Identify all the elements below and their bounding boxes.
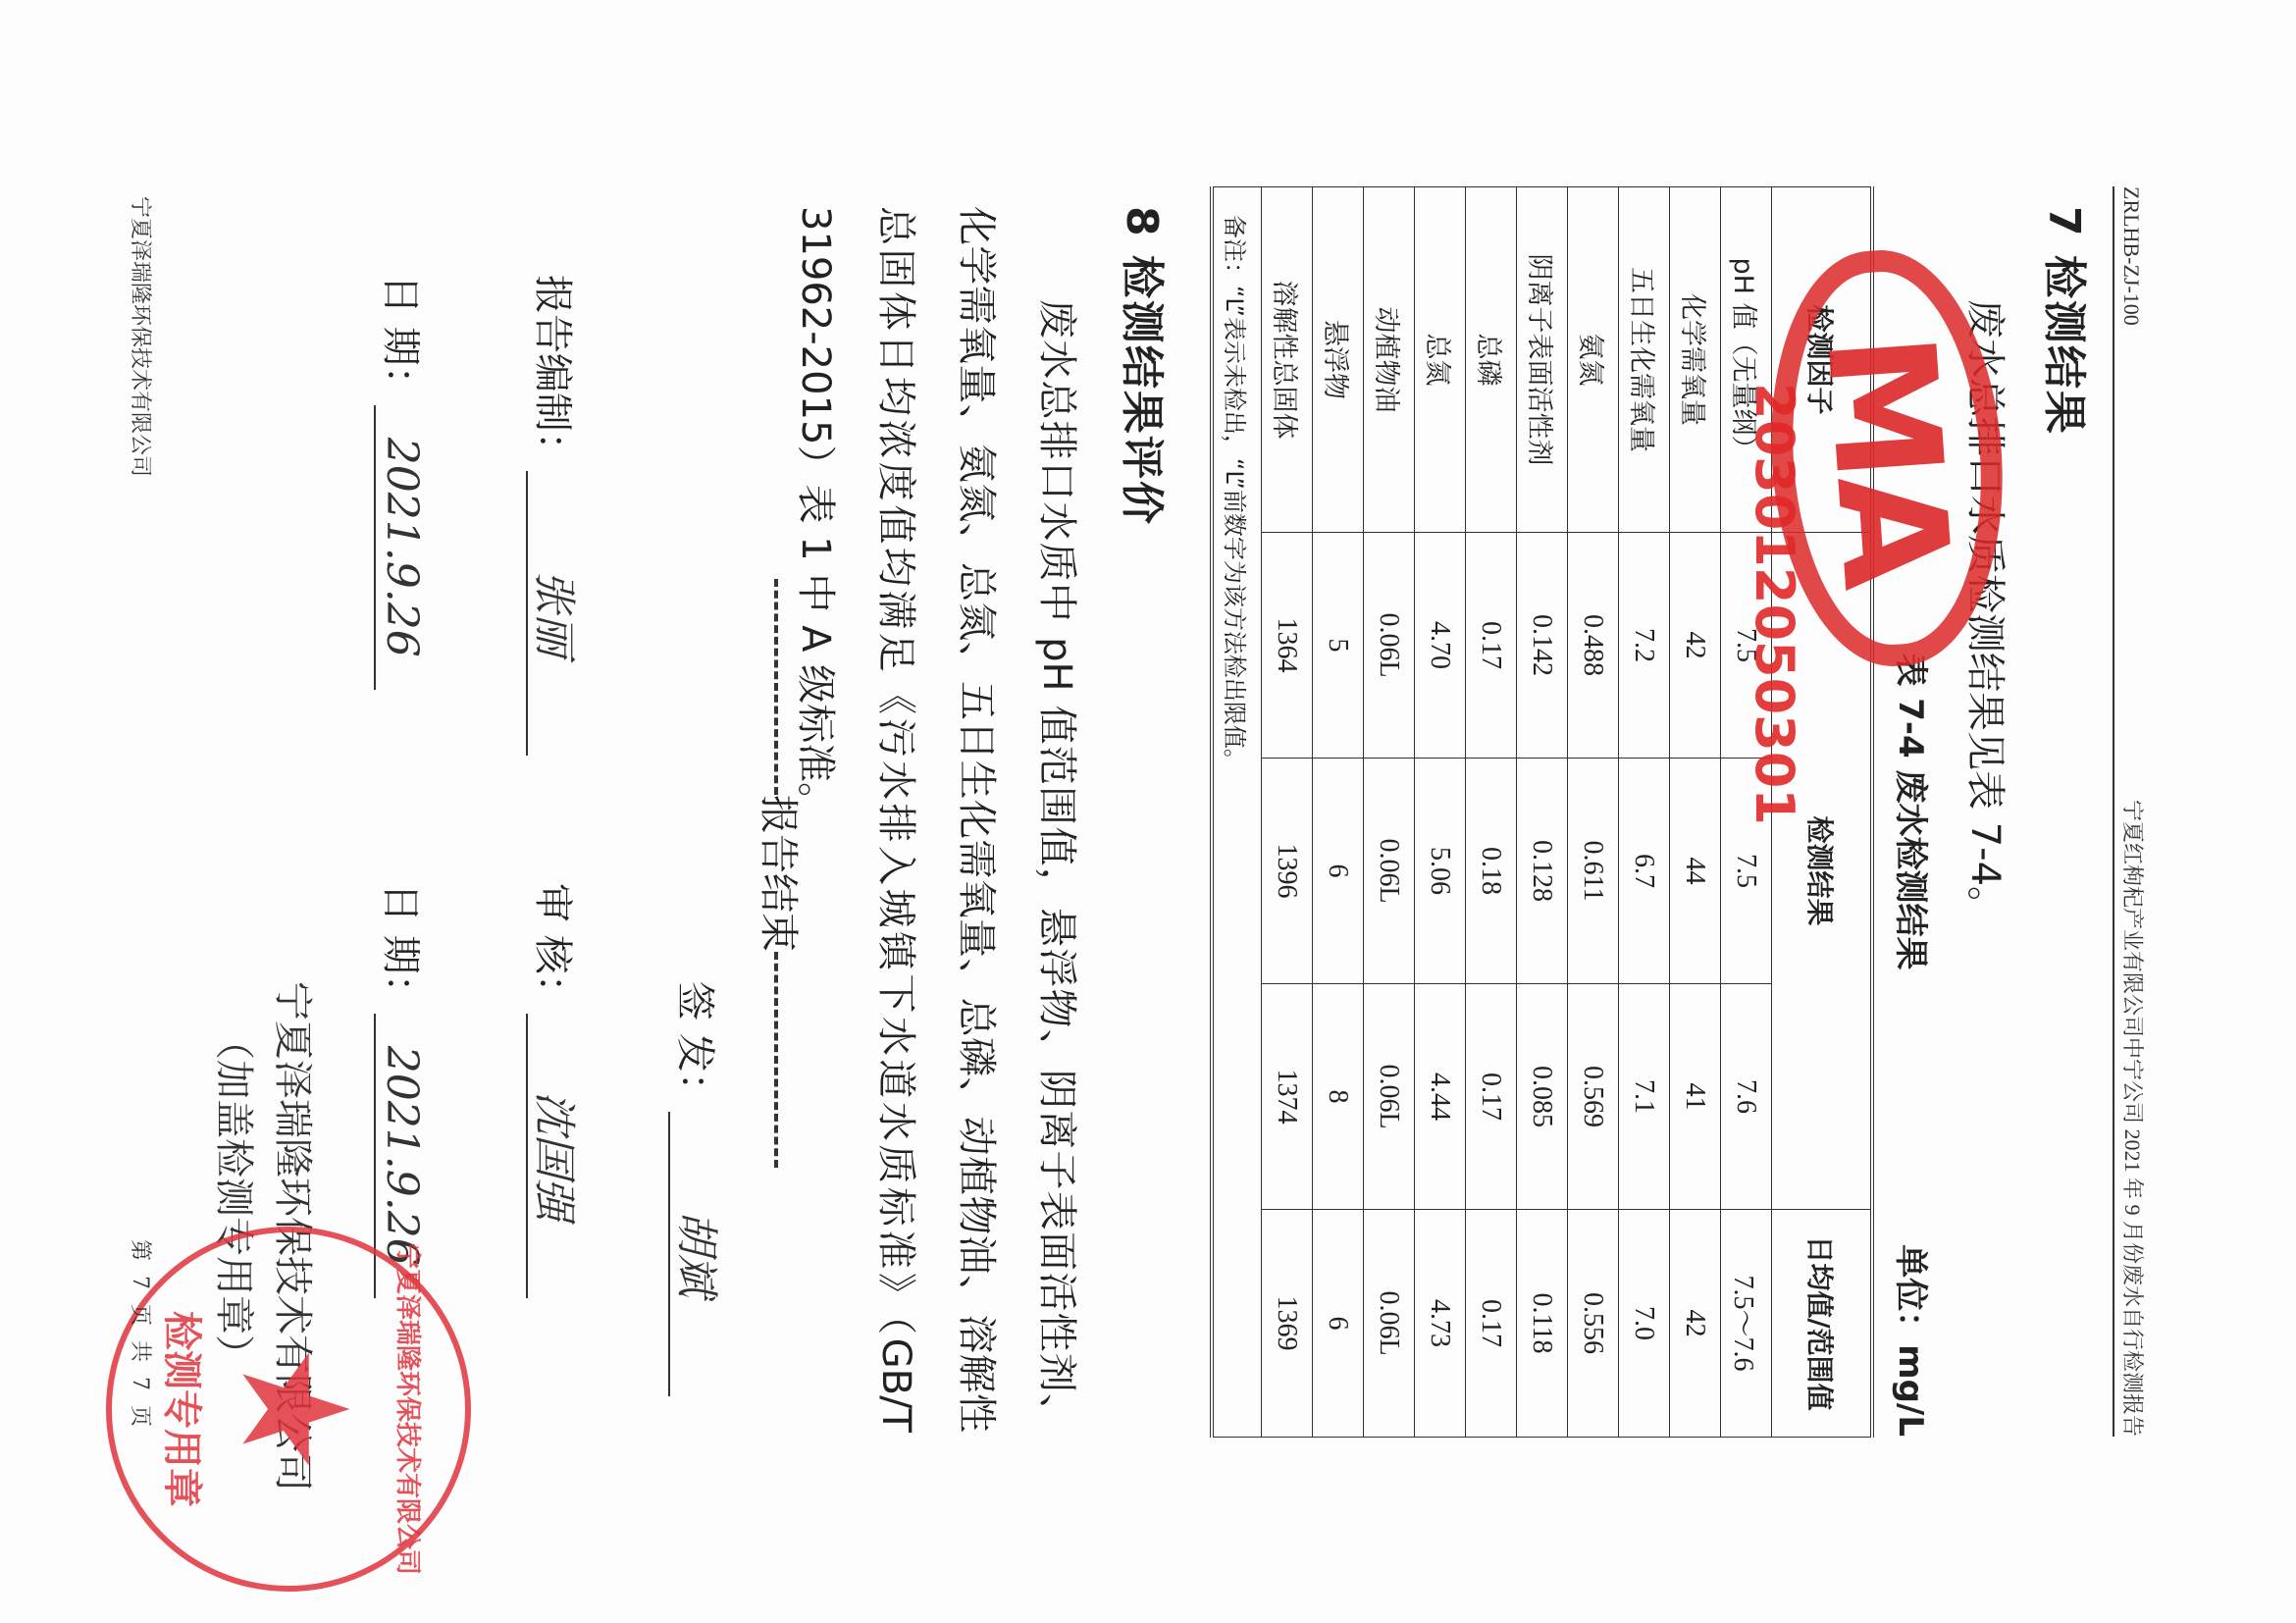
result-3-cell: 0.569 bbox=[1568, 984, 1619, 1210]
result-2-cell: 6 bbox=[1313, 759, 1364, 984]
result-3-cell: 8 bbox=[1313, 984, 1364, 1210]
result-1-cell: 1364 bbox=[1262, 533, 1313, 759]
signature-compiled: 报告编制：张丽 bbox=[526, 275, 584, 756]
review-signature: 沈国强 bbox=[526, 1014, 579, 1298]
report-end-text: 报告结束 bbox=[756, 795, 801, 952]
table-row: 动植物油0.06L0.06L0.06L0.06L bbox=[1364, 187, 1415, 1438]
star-icon: ★ bbox=[220, 1232, 367, 1586]
section-8-paragraph: 废水总排口水质中 pH 值范围值，悬浮物、阴离子表面活性剂、化学需氧量、氨氮、总… bbox=[775, 206, 1097, 1433]
factor-cell: 悬浮物 bbox=[1313, 187, 1364, 533]
cma-stamp-text: MA bbox=[1793, 329, 1980, 589]
table-row: 化学需氧量42444142 bbox=[1670, 187, 1721, 1438]
section-7-title: 7 检测结果 bbox=[2037, 206, 2100, 436]
table-row: 溶解性总固体1364139613741369 bbox=[1262, 187, 1313, 1438]
result-3-cell: 1374 bbox=[1262, 984, 1313, 1210]
section-8-title: 8 检测结果评价 bbox=[1115, 206, 1177, 526]
issue-label: 签 发： bbox=[672, 981, 717, 1112]
company-seal: 宁夏泽瑞隆环保技术有限公司 ★ 检测专用章 bbox=[106, 1227, 471, 1592]
result-2-cell: 0.611 bbox=[1568, 759, 1619, 984]
date-compiled: 日 期：2021.9.26 bbox=[374, 275, 432, 690]
daily-avg-cell: 0.118 bbox=[1517, 1210, 1568, 1438]
table-row: 五日生化需氧量7.26.77.17.0 bbox=[1619, 187, 1670, 1438]
factor-cell: 总磷 bbox=[1466, 187, 1517, 533]
signature-review: 审 核：沈国强 bbox=[526, 883, 584, 1298]
date-label: 日 期： bbox=[378, 883, 423, 1014]
report-page: ZRLHB-ZJ-100 宁夏红枸杞产业有限公司中宁公司 2021 年 9 月份… bbox=[0, 0, 2296, 1623]
result-1-cell: 5 bbox=[1313, 533, 1364, 759]
result-3-cell: 7.1 bbox=[1619, 984, 1670, 1210]
review-label: 审 核： bbox=[530, 883, 575, 1014]
result-3-cell: 0.17 bbox=[1466, 984, 1517, 1210]
date-label: 日 期： bbox=[378, 275, 423, 405]
compiled-date: 2021.9.26 bbox=[374, 405, 427, 690]
daily-avg-cell: 6 bbox=[1313, 1210, 1364, 1438]
seal-bottom-text: 检测专用章 bbox=[157, 1232, 213, 1586]
daily-avg-cell: 0.556 bbox=[1568, 1210, 1619, 1438]
report-title: 宁夏红枸杞产业有限公司中宁公司 2021 年 9 月份废水自行检测报告 bbox=[2118, 800, 2149, 1437]
compiled-label: 报告编制： bbox=[530, 275, 575, 471]
table-note: 备注：“L”表示未检出，“L”前数字为该方法检出限值。 bbox=[1212, 187, 1262, 1438]
factor-cell: 动植物油 bbox=[1364, 187, 1415, 533]
factor-cell: 化学需氧量 bbox=[1670, 187, 1721, 533]
divider bbox=[774, 579, 778, 795]
report-end-line: 报告结束 bbox=[754, 579, 809, 1168]
result-1-cell: 0.142 bbox=[1517, 533, 1568, 759]
result-1-cell: 42 bbox=[1670, 533, 1721, 759]
daily-avg-cell: 0.17 bbox=[1466, 1210, 1517, 1438]
result-3-cell: 0.06L bbox=[1364, 984, 1415, 1210]
result-2-cell: 0.18 bbox=[1466, 759, 1517, 984]
daily-avg-cell: 4.73 bbox=[1415, 1210, 1466, 1438]
result-1-cell: 4.70 bbox=[1415, 533, 1466, 759]
result-3-cell: 41 bbox=[1670, 984, 1721, 1210]
factor-cell: 总氮 bbox=[1415, 187, 1466, 533]
result-2-cell: 5.06 bbox=[1415, 759, 1466, 984]
divider bbox=[774, 952, 778, 1168]
result-1-cell: 0.17 bbox=[1466, 533, 1517, 759]
result-2-cell: 1396 bbox=[1262, 759, 1313, 984]
page-header: ZRLHB-ZJ-100 宁夏红枸杞产业有限公司中宁公司 2021 年 9 月份… bbox=[2113, 186, 2164, 1437]
result-2-cell: 44 bbox=[1670, 759, 1721, 984]
daily-avg-cell: 7.0 bbox=[1619, 1210, 1670, 1438]
result-1-cell: 0.06L bbox=[1364, 533, 1415, 759]
result-1-cell: 0.488 bbox=[1568, 533, 1619, 759]
table-row: 氨氮0.4880.6110.5690.556 bbox=[1568, 187, 1619, 1438]
daily-avg-cell: 0.06L bbox=[1364, 1210, 1415, 1438]
daily-avg-cell: 42 bbox=[1670, 1210, 1721, 1438]
seal-ring-text: 宁夏泽瑞隆环保技术有限公司 bbox=[391, 1232, 428, 1586]
factor-cell: 溶解性总固体 bbox=[1262, 187, 1313, 533]
result-3-cell: 4.44 bbox=[1415, 984, 1466, 1210]
table-row: 总磷0.170.180.170.17 bbox=[1466, 187, 1517, 1438]
compiled-signature: 张丽 bbox=[526, 471, 579, 756]
result-2-cell: 0.06L bbox=[1364, 759, 1415, 984]
result-1-cell: 7.2 bbox=[1619, 533, 1670, 759]
factor-cell: 阴离子表面活性剂 bbox=[1517, 187, 1568, 533]
issue-signature: 胡斌 bbox=[668, 1112, 721, 1396]
result-3-cell: 0.085 bbox=[1517, 984, 1568, 1210]
factor-cell: 五日生化需氧量 bbox=[1619, 187, 1670, 533]
cma-number: 203012050301 bbox=[1744, 383, 1805, 825]
signature-issue: 签 发：胡斌 bbox=[668, 981, 726, 1396]
table-row: 总氮4.705.064.444.73 bbox=[1415, 187, 1466, 1438]
factor-cell: 氨氮 bbox=[1568, 187, 1619, 533]
footer-company: 宁夏泽瑞隆环保技术有限公司 bbox=[127, 196, 157, 477]
result-3-cell: 7.6 bbox=[1721, 984, 1772, 1210]
header-daily-avg: 日均值/范围值 bbox=[1772, 1210, 1873, 1438]
daily-avg-cell: 7.5～7.6 bbox=[1721, 1210, 1772, 1438]
result-2-cell: 6.7 bbox=[1619, 759, 1670, 984]
doc-code: ZRLHB-ZJ-100 bbox=[2118, 186, 2144, 326]
table-row: 阴离子表面活性剂0.1420.1280.0850.118 bbox=[1517, 187, 1568, 1438]
table-unit: 单位：mg/L bbox=[1890, 1244, 1938, 1437]
daily-avg-cell: 1369 bbox=[1262, 1210, 1313, 1438]
result-2-cell: 0.128 bbox=[1517, 759, 1568, 984]
table-note-row: 备注：“L”表示未检出，“L”前数字为该方法检出限值。 bbox=[1212, 187, 1262, 1438]
table-row: 悬浮物5686 bbox=[1313, 187, 1364, 1438]
footer-page-number: 第 7 页 共 7 页 bbox=[127, 1239, 157, 1427]
